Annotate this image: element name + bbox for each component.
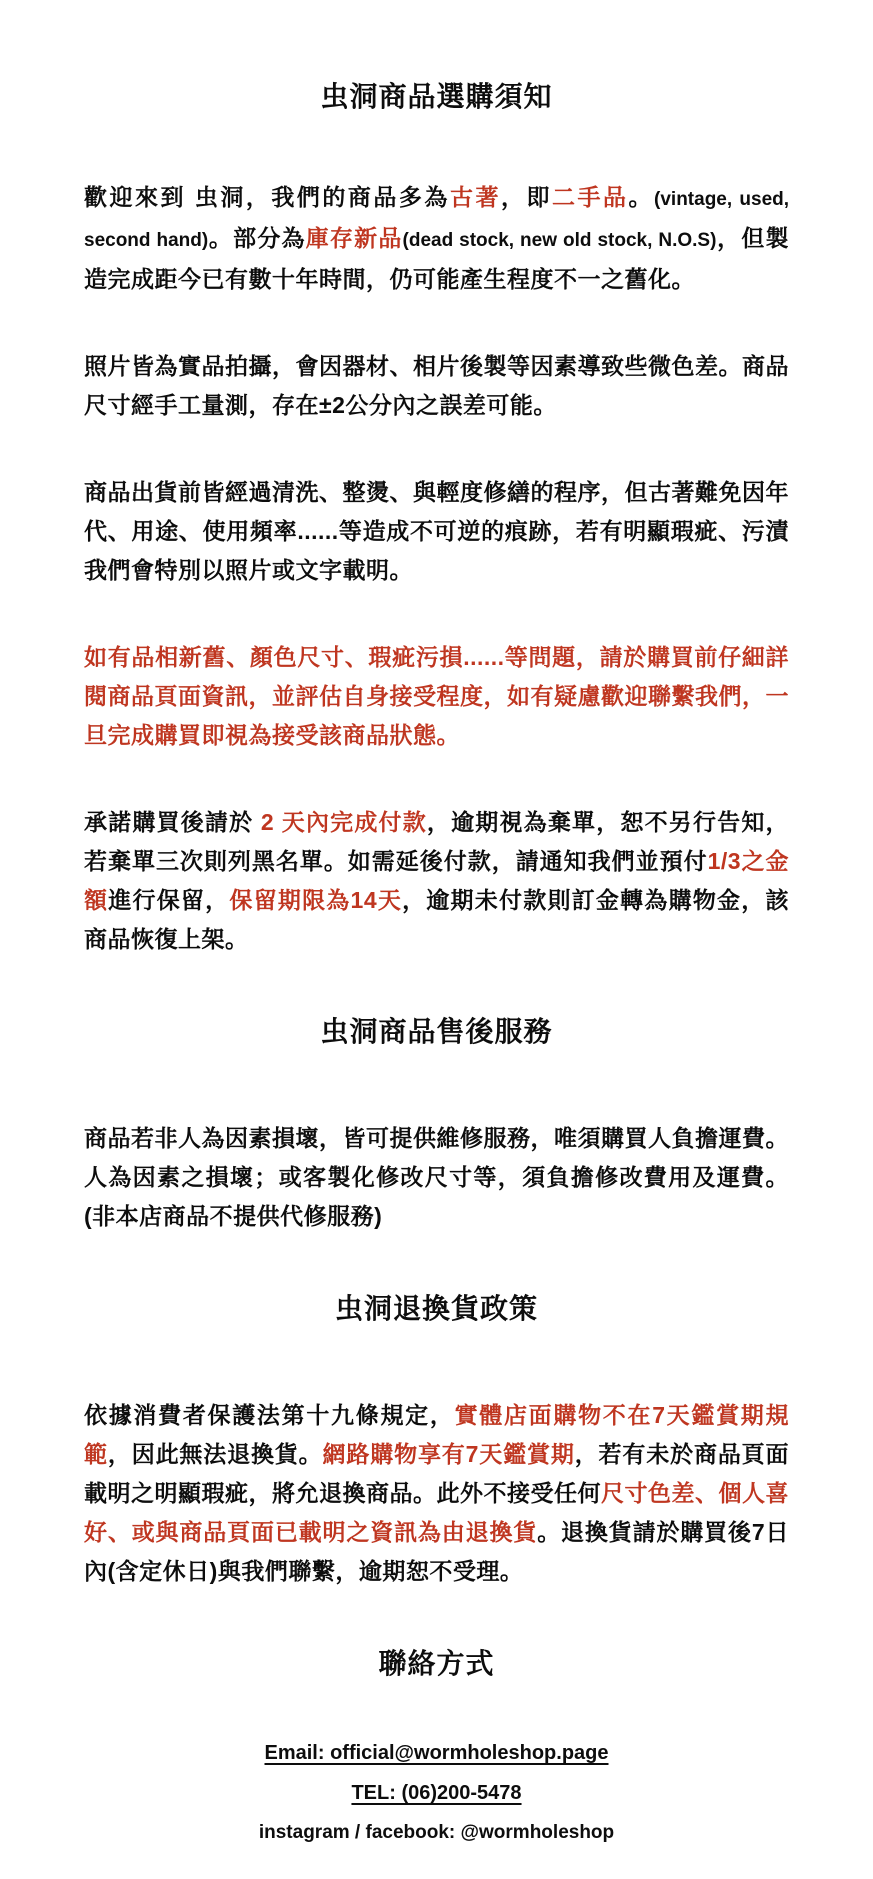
contact-heading: 聯絡方式: [84, 1641, 789, 1687]
text-run: 承諾購買後請於: [84, 809, 261, 835]
email-line: Email: official@wormholeshop.page: [84, 1733, 789, 1773]
return-policy-heading: 虫洞退換貨政策: [84, 1286, 789, 1332]
tel-line: TEL: (06)200-5478: [84, 1773, 789, 1813]
photo-disclaimer-paragraph: 照片皆為實品拍攝，會因器材、相片後製等因素導致些微色差。商品尺寸經手工量測，存在…: [84, 347, 789, 425]
text-run: 進行保留，: [108, 887, 229, 913]
highlighted-red-text: 庫存新品: [306, 225, 403, 251]
highlighted-red-text: 網路購物享有7天鑑賞期: [323, 1441, 575, 1467]
text-run: 。: [629, 184, 655, 210]
tel-link[interactable]: TEL: (06)200-5478: [351, 1782, 521, 1804]
highlighted-red-text: 如有品相新舊、顏色尺寸、瑕疵污損......等問題，請於購買前仔細詳閱商品頁面資…: [84, 644, 789, 748]
text-run: 照片皆為實品拍攝，會因器材、相片後製等因素導致些微色差。商品尺寸經手工量測，存在…: [84, 353, 789, 418]
text-run: ，因此無法退換貨。: [108, 1441, 323, 1467]
after-sales-heading: 虫洞商品售後服務: [84, 1009, 789, 1055]
text-run: 。部分為: [208, 225, 306, 251]
pre-purchase-warning-paragraph: 如有品相新舊、顏色尺寸、瑕疵污損......等問題，請於購買前仔細詳閱商品頁面資…: [84, 638, 789, 755]
latin-annotation-text: (dead stock, new old stock, N.O.S): [403, 230, 717, 251]
return-policy-paragraph: 依據消費者保護法第十九條規定，實體店面購物不在7天鑑賞期規範，因此無法退換貨。網…: [84, 1396, 789, 1591]
contact-block: Email: official@wormholeshop.page TEL: (…: [84, 1733, 789, 1853]
email-link[interactable]: Email: official@wormholeshop.page: [265, 1742, 609, 1764]
text-run: 依據消費者保護法第十九條規定，: [84, 1402, 455, 1428]
highlighted-red-text: 保留期限為14天: [229, 887, 402, 913]
text-run: 商品若非人為因素損壞，皆可提供維修服務，唯須購買人負擔運費。人為因素之損壞；或客…: [84, 1125, 789, 1229]
social-handles-text: instagram / facebook: @wormholeshop: [84, 1813, 789, 1853]
text-run: 歡迎來到 虫洞，我們的商品多為: [84, 184, 450, 210]
purchase-notice-heading: 虫洞商品選購須知: [84, 74, 789, 120]
payment-terms-paragraph: 承諾購買後請於 2 天內完成付款，逾期視為棄單，恕不另行告知，若棄單三次則列黑名…: [84, 803, 789, 959]
repair-service-paragraph: 商品若非人為因素損壞，皆可提供維修服務，唯須購買人負擔運費。人為因素之損壞；或客…: [84, 1119, 789, 1236]
highlighted-red-text: 古著: [450, 184, 501, 210]
text-run: ，即: [501, 184, 552, 210]
highlighted-red-text: 二手品: [552, 184, 629, 210]
intro-paragraph: 歡迎來到 虫洞，我們的商品多為古著，即二手品。(vintage, used, s…: [84, 178, 789, 299]
condition-paragraph: 商品出貨前皆經過清洗、整燙、與輕度修繕的程序，但古著難免因年代、用途、使用頻率.…: [84, 473, 789, 590]
highlighted-red-text: 2 天內完成付款: [261, 809, 427, 835]
text-run: 商品出貨前皆經過清洗、整燙、與輕度修繕的程序，但古著難免因年代、用途、使用頻率.…: [84, 479, 789, 583]
policy-document: 虫洞商品選購須知 歡迎來到 虫洞，我們的商品多為古著，即二手品。(vintage…: [0, 0, 873, 1853]
